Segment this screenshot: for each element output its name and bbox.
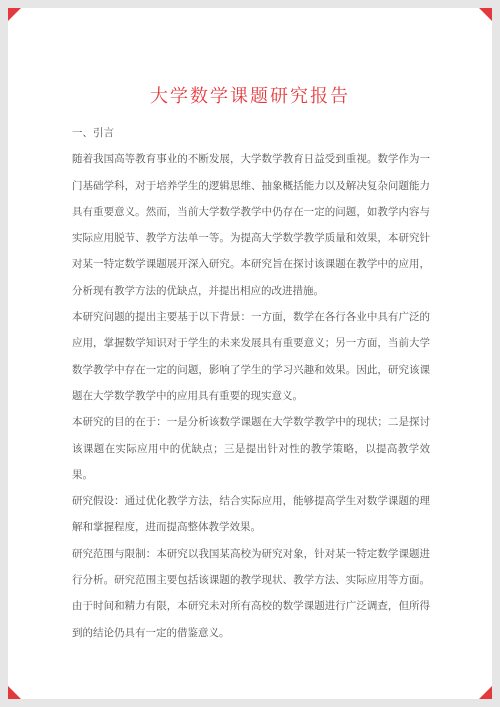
paragraph: 本研究的目的在于：一是分析该数学课题在大学数学教学中的现状；二是探讨该课题在实际…	[72, 409, 430, 488]
corner-mark-top-right	[479, 8, 492, 21]
paragraph-list: 随着我国高等教育事业的不断发展，大学数学教育日益受到重视。数学作为一门基础学科，…	[72, 146, 430, 646]
section-heading: 一、引言	[72, 120, 430, 146]
paragraph: 研究假设：通过优化教学方法，结合实际应用，能够提高学生对数学课题的理解和掌握程度…	[72, 488, 430, 541]
paragraph: 随着我国高等教育事业的不断发展，大学数学教育日益受到重视。数学作为一门基础学科，…	[72, 146, 430, 304]
paragraph: 研究范围与限制：本研究以我国某高校为研究对象，针对某一特定数学课题进行分析。研究…	[72, 541, 430, 646]
corner-mark-bottom-right	[479, 686, 492, 699]
corner-mark-top-left	[8, 8, 21, 21]
corner-mark-bottom-left	[8, 686, 21, 699]
document-body: 一、引言 随着我国高等教育事业的不断发展，大学数学教育日益受到重视。数学作为一门…	[8, 120, 492, 646]
document-page: 大学数学课题研究报告 一、引言 随着我国高等教育事业的不断发展，大学数学教育日益…	[0, 0, 500, 707]
paragraph: 本研究问题的提出主要基于以下背景：一方面，数学在各行各业中具有广泛的应用，掌握数…	[72, 304, 430, 409]
document-title: 大学数学课题研究报告	[8, 8, 492, 107]
